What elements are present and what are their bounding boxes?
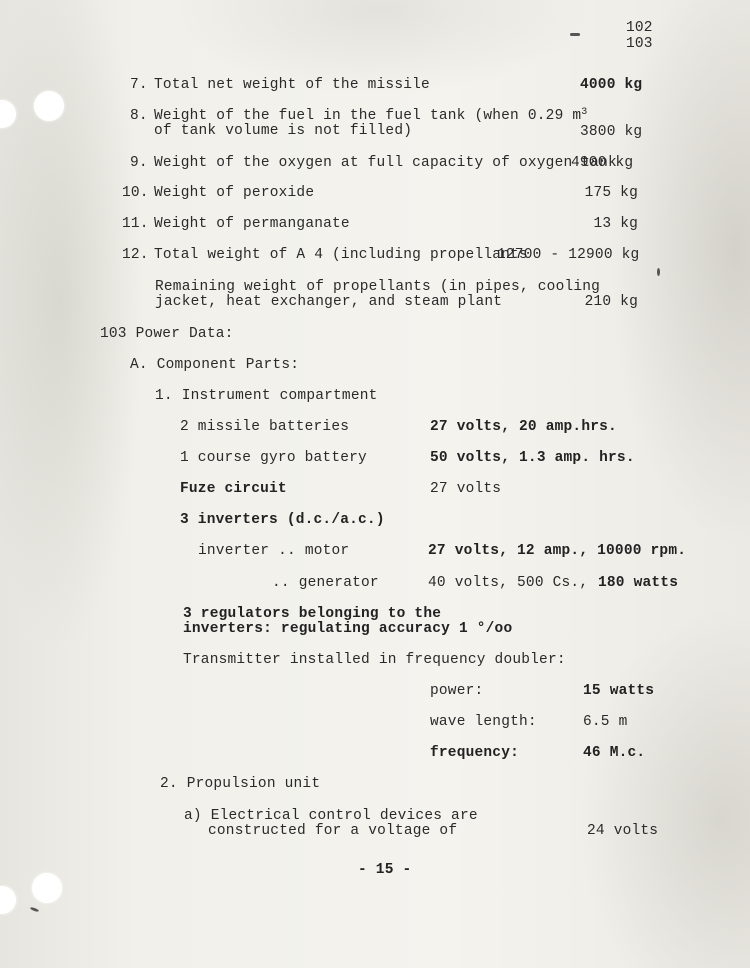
spec-label: power: <box>430 683 483 699</box>
regulators-line: 3 regulators belonging to the <box>183 606 441 622</box>
component-extra-value: 180 watts <box>598 575 678 591</box>
item-value: 4000 kg <box>580 77 642 93</box>
scanned-page: 102 103 7. Total net weight of the missi… <box>0 0 750 968</box>
scan-speck <box>657 268 660 276</box>
page-ref: 102 <box>626 20 653 36</box>
component-value: 27 volts, 12 amp., 10000 rpm. <box>428 543 686 559</box>
spec-value: 6.5 m <box>583 714 628 730</box>
punch-hole <box>34 91 64 121</box>
item-label: Total weight of A 4 (including propellan… <box>154 247 528 263</box>
component-value: 40 volts, 500 Cs., <box>428 575 588 591</box>
item-number: 9. <box>130 155 148 171</box>
item-value: 4900 kg <box>571 155 633 171</box>
punch-hole-edge <box>0 100 16 128</box>
item-number: 8. <box>130 108 148 124</box>
scan-speck <box>30 907 39 913</box>
item-label-line: of tank volume is not filled) <box>154 123 412 139</box>
subsection-item: 1. Instrument compartment <box>155 388 378 404</box>
item-value: 3800 kg <box>580 124 642 140</box>
spec-label: frequency: <box>430 745 519 761</box>
punch-hole-edge <box>0 886 16 914</box>
item-number: 11. <box>122 216 149 232</box>
transmitter-heading: Transmitter installed in frequency doubl… <box>183 652 566 668</box>
item-number: 7. <box>130 77 148 93</box>
item-label: Weight of the oxygen at full capacity of… <box>154 155 617 171</box>
item-label: Total net weight of the missile <box>154 77 430 93</box>
punch-hole <box>32 873 62 903</box>
section-heading: 103 Power Data: <box>100 326 234 342</box>
component-label: 2 missile batteries <box>180 419 349 435</box>
page-ref: 103 <box>626 36 653 52</box>
component-value: 50 volts, 1.3 amp. hrs. <box>430 450 635 466</box>
item-2a-line: constructed for a voltage of <box>208 823 457 839</box>
item-number: 12. <box>122 247 149 263</box>
item-value: 13 kg <box>560 216 638 232</box>
component-label: 3 inverters (d.c./a.c.) <box>180 512 385 528</box>
item-label-line: jacket, heat exchanger, and steam plant <box>155 294 502 310</box>
item-value: 12700 - 12900 kg <box>497 247 639 263</box>
component-label: .. generator <box>272 575 379 591</box>
subsection-heading: A. Component Parts: <box>130 357 299 373</box>
component-value: 27 volts, 20 amp.hrs. <box>430 419 617 435</box>
superscript: 3 <box>581 107 587 118</box>
item-2a-line: a) Electrical control devices are <box>184 808 478 824</box>
item-2a-value: 24 volts <box>587 823 658 839</box>
item-label-line: Remaining weight of propellants (in pipe… <box>155 279 600 295</box>
item-value: 210 kg <box>560 294 638 310</box>
item-label-line: Weight of the fuel in the fuel tank (whe… <box>154 108 581 124</box>
component-value: 27 volts <box>430 481 501 497</box>
spec-value: 46 M.c. <box>583 745 645 761</box>
spec-label: wave length: <box>430 714 537 730</box>
scan-speck <box>570 33 580 36</box>
component-label: inverter .. motor <box>198 543 349 559</box>
component-label: 1 course gyro battery <box>180 450 367 466</box>
item-label: Weight of permanganate <box>154 216 350 232</box>
item-label: Weight of the fuel in the fuel tank (whe… <box>154 108 587 124</box>
spec-value: 15 watts <box>583 683 654 699</box>
page-number: - 15 - <box>358 862 411 878</box>
component-label: Fuze circuit <box>180 481 287 497</box>
item-value: 175 kg <box>560 185 638 201</box>
item-label: Weight of peroxide <box>154 185 314 201</box>
subsection-item: 2. Propulsion unit <box>160 776 320 792</box>
regulators-line: inverters: regulating accuracy 1 °/oo <box>183 621 512 637</box>
item-number: 10. <box>122 185 149 201</box>
